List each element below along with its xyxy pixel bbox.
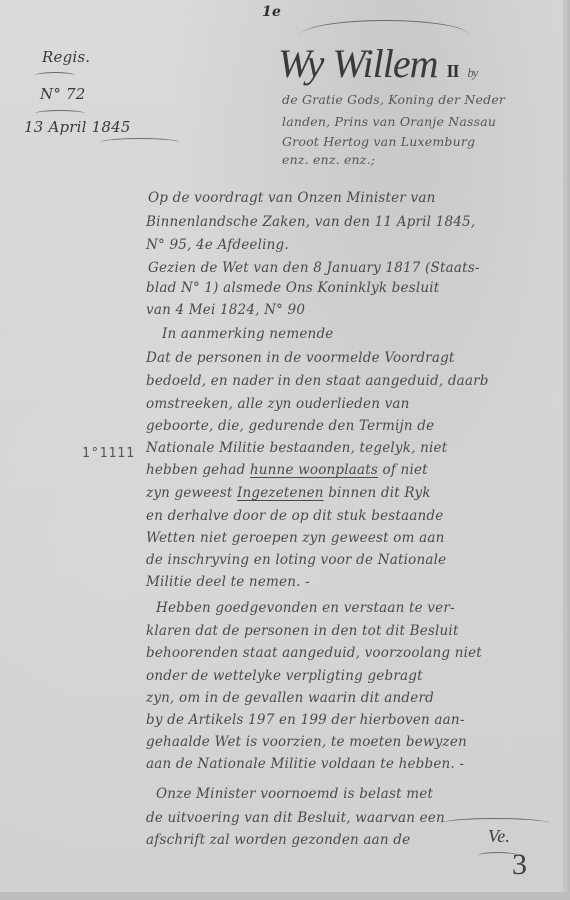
- body-line: hebben gehad hunne woonplaats of niet: [146, 462, 428, 478]
- body-line: afschrift zal worden gezonden aan de: [146, 832, 410, 848]
- body-line: Dat de personen in de voormelde Voordrag…: [146, 350, 455, 366]
- margin-rule: [35, 110, 85, 117]
- intitule-line: landen, Prins van Oranje Nassau: [282, 114, 496, 129]
- margin-stamp: 1°1111: [82, 446, 135, 461]
- body-line: Hebben goedgevonden en verstaan te ver-: [156, 600, 455, 616]
- body-line: onder de wettelyke verpligting gebragt: [146, 668, 423, 684]
- body-line: zyn, om in de gevallen waarin dit anderd: [146, 690, 434, 706]
- closing-abbreviation: Ve.: [488, 826, 510, 847]
- body-line: N° 95, 4e Afdeeling.: [146, 237, 289, 253]
- body-line: Op de voordragt van Onzen Minister van: [148, 190, 435, 206]
- title-name: Wy Willem: [278, 41, 438, 86]
- body-line: geboorte, die, gedurende den Termijn de: [146, 418, 434, 434]
- body-line: In aanmerking nemende: [162, 326, 333, 342]
- body-line: van 4 Mei 1824, N° 90: [146, 302, 305, 318]
- intitule-line: Groot Hertog van Luxemburg: [282, 134, 475, 149]
- underlined-phrase: Ingezetenen: [237, 485, 324, 501]
- page-number: 1e: [262, 4, 281, 20]
- margin-register-label: Regis.: [42, 48, 90, 66]
- decree-title: Wy Willem II by: [278, 40, 477, 87]
- body-line: bedoeld, en nader in den staat aangeduid…: [146, 373, 489, 389]
- page-edge-bottom: [0, 892, 570, 900]
- intitule-line: de Gratie Gods, Koning der Neder: [282, 92, 505, 107]
- body-line: klaren dat de personen in den tot dit Be…: [146, 623, 459, 639]
- body-line: aan de Nationale Militie voldaan te hebb…: [146, 756, 464, 772]
- body-line: behoorenden staat aangeduid, voorzoolang…: [146, 645, 482, 661]
- margin-register-number: N° 72: [40, 85, 85, 103]
- body-line: Binnenlandsche Zaken, van den 11 April 1…: [146, 214, 475, 230]
- body-line: blad N° 1) alsmede Ons Koninklyk besluit: [146, 280, 439, 296]
- body-line: by de Artikels 197 en 199 der hierboven …: [146, 712, 465, 728]
- page-edge-right: [563, 0, 570, 900]
- body-line: omstreeken, alle zyn ouderlieden van: [146, 396, 410, 412]
- intitule-line: enz. enz. enz.;: [282, 152, 375, 167]
- body-line: Gezien de Wet van den 8 January 1817 (St…: [148, 260, 480, 276]
- body-line: de inschryving en loting voor de Nationa…: [146, 552, 446, 568]
- body-line: en derhalve door de op dit stuk bestaand…: [146, 508, 443, 524]
- underlined-phrase: hunne woonplaats: [250, 462, 378, 478]
- body-line: Nationale Militie bestaanden, tegelyk, n…: [146, 440, 447, 456]
- title-suffix: by: [468, 66, 478, 80]
- margin-rule: [35, 72, 75, 79]
- margin-date: 13 April 1845: [24, 118, 131, 136]
- body-line: gehaalde Wet is voorzien, te moeten bewy…: [146, 734, 467, 750]
- body-line: Onze Minister voornoemd is belast met: [156, 786, 433, 802]
- closing-mark: 3: [512, 848, 527, 882]
- body-line: zyn geweest Ingezetenen binnen dit Ryk: [146, 485, 431, 501]
- body-line: de uitvoering van dit Besluit, waarvan e…: [146, 810, 445, 826]
- margin-flourish: [100, 138, 180, 147]
- body-line: Wetten niet geroepen zyn geweest om aan: [146, 530, 444, 546]
- title-regnal-number: II: [447, 61, 459, 81]
- body-line: Militie deel te nemen. -: [146, 574, 310, 590]
